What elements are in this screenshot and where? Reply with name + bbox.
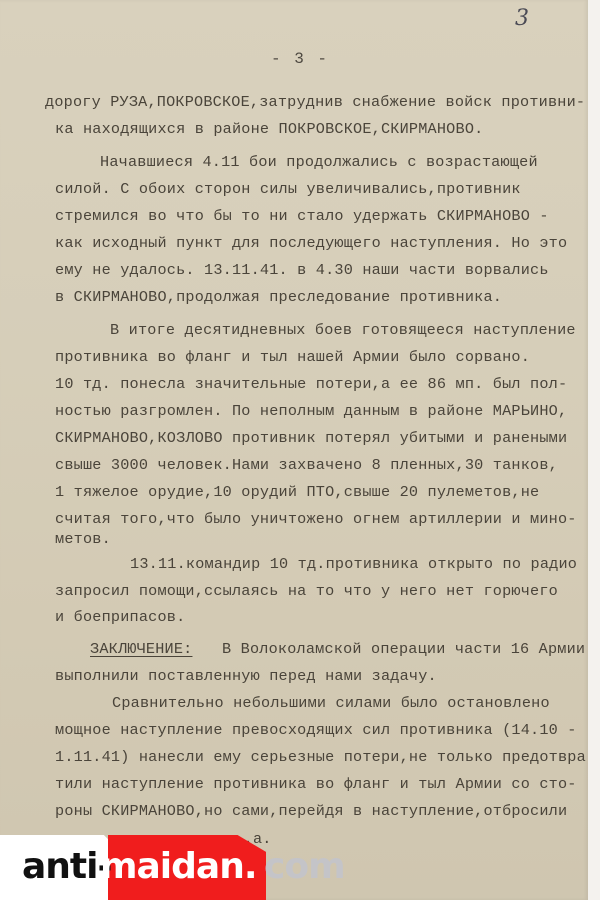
text-line: силой. С обоих сторон силы увеличивались… (55, 180, 521, 198)
logo-text-maidan: maidan. (100, 847, 257, 887)
text-line: ему не удалось. 13.11.41. в 4.30 наши ча… (55, 261, 549, 279)
text-line: запросил помощи,ссылаясь на то что у нег… (55, 582, 558, 600)
text-line: выполнили поставленную перед нами задачу… (55, 667, 437, 685)
text-line: Сравнительно небольшими силами было оста… (112, 694, 550, 712)
text-line: метов. (55, 530, 111, 548)
text-line: стремился во что бы то ни стало удержать… (55, 207, 549, 225)
text-line: В итоге десятидневных боев готовящееся н… (110, 321, 576, 339)
text-line: 1.11.41) нанесли ему серьезные потери,не… (55, 748, 586, 766)
text-line: В Волоколамской операции части 16 Армии (222, 640, 585, 658)
watermark-logo: anti- maidan. com (0, 835, 360, 900)
text-line: 1 тяжелое орудие,10 орудий ПТО,свыше 20 … (55, 483, 539, 501)
text-line: ка находящихся в районе ПОКРОВСКОЕ,СКИРМ… (55, 120, 483, 138)
text-line: свыше 3000 человек.Нами захвачено 8 плен… (55, 456, 558, 474)
text-line: противника во фланг и тыл нашей Армии бы… (55, 348, 530, 366)
logo-text-anti: anti- (22, 847, 111, 887)
text-line: как исходный пункт для последующего наст… (55, 234, 567, 252)
text-line: Начавшиеся 4.11 бои продолжались с возра… (100, 153, 538, 171)
text-line: 13.11.командир 10 тд.противника открыто … (130, 555, 577, 573)
text-line: 10 тд. понесла значительные потери,а ее … (55, 375, 567, 393)
logo-text-com: com (264, 847, 345, 887)
text-line: тили наступление противника во фланг и т… (55, 775, 577, 793)
text-line: и боеприпасов. (55, 608, 185, 626)
page-number: - 3 - (0, 50, 600, 68)
text-line: мощное наступление превосходящих сил про… (55, 721, 577, 739)
text-line: СКИРМАНОВО,КОЗЛОВО противник потерял уби… (55, 429, 567, 447)
text-line: считая того,что было уничтожено огнем ар… (55, 510, 577, 528)
text-line: роны СКИРМАНОВО,но сами,перейдя в наступ… (55, 802, 567, 820)
document-page: 3 - 3 - дорогу РУЗА,ПОКРОВСКОЕ,затруднив… (0, 0, 588, 900)
text-line: дорогу РУЗА,ПОКРОВСКОЕ,затруднив снабжен… (45, 93, 585, 111)
text-line: в СКИРМАНОВО,продолжая преследование про… (55, 288, 502, 306)
text-line: ностью разгромлен. По неполным данным в … (55, 402, 567, 420)
handwritten-page-mark: 3 (515, 6, 529, 31)
conclusion-heading: ЗАКЛЮЧЕНИЕ: (90, 640, 192, 658)
